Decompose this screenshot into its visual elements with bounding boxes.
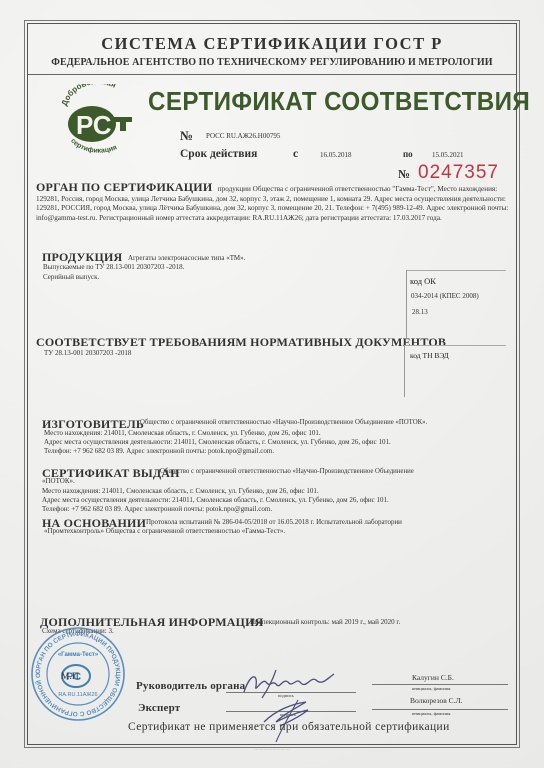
manufacturer-name: Общество с ограниченной ответственностью… bbox=[140, 419, 427, 426]
basis-protocol: Протокола испытаний № 286-04-05/2018 от … bbox=[146, 518, 402, 526]
expert-name-caption: инициалы, фамилия bbox=[412, 711, 451, 716]
tnved-box-left bbox=[404, 345, 405, 397]
number-label: № bbox=[180, 128, 193, 144]
rst-voluntary-certification-logo-icon: Добровольная РС сертификация bbox=[56, 84, 140, 158]
manufacturer-contacts: Телефон: +7 962 682 03 89. Адрес электро… bbox=[44, 447, 274, 455]
svg-text:РС: РС bbox=[76, 110, 112, 140]
head-name-line bbox=[372, 684, 508, 685]
issued-to-location: Место нахождения: 214011, Смоленская обл… bbox=[42, 487, 319, 495]
svg-text:Добровольная: Добровольная bbox=[60, 84, 118, 107]
expert-name-line bbox=[372, 709, 508, 710]
voluntary-disclaimer: Сертификат не применяется при обязательн… bbox=[128, 721, 450, 733]
stamp-place-label: М.П. bbox=[61, 672, 81, 682]
issued-to-name: Общество с ограниченной ответственностью… bbox=[160, 468, 414, 475]
certification-body-heading: ОРГАН ПО СЕРТИФИКАЦИИ bbox=[36, 180, 212, 194]
ok-classifier: 034-2014 (КПЕС 2008) bbox=[411, 292, 479, 300]
document-title: СЕРТИФИКАТ СООТВЕТСТВИЯ bbox=[148, 86, 530, 117]
certification-body-section: ОРГАН ПО СЕРТИФИКАЦИИ продукции Общества… bbox=[36, 183, 512, 223]
header-divider bbox=[28, 74, 516, 75]
conformity-document: ТУ 28.13-001 20307203 -2018 bbox=[44, 349, 131, 357]
head-name-caption: инициалы, фамилия bbox=[412, 686, 451, 691]
head-name: Калугин С.Б. bbox=[412, 673, 454, 682]
basis-laboratory: «Промтехконтроль» Общества с ограниченно… bbox=[44, 527, 285, 535]
ok-code-box-top bbox=[406, 270, 506, 271]
system-title: СИСТЕМА СЕРТИФИКАЦИИ ГОСТ Р bbox=[0, 34, 544, 54]
validity-to-label: по bbox=[403, 149, 413, 159]
certificate-number: РОСС RU.АЖ26.Н00795 bbox=[206, 132, 280, 140]
print-imprint: — — — — — — — — bbox=[0, 747, 544, 751]
products-name: Агрегаты электронасосные типа «ТМ». bbox=[128, 254, 245, 262]
svg-text:«Гамма-Тест»: «Гамма-Тест» bbox=[58, 652, 99, 658]
inspection-control: Инспекционный контроль: май 2019 г., май… bbox=[250, 618, 400, 626]
form-number-label: № bbox=[398, 167, 410, 182]
tnved-label: код ТН ВЭД bbox=[410, 351, 449, 360]
agency-title: ФЕДЕРАЛЬНОЕ АГЕНТСТВО ПО ТЕХНИЧЕСКОМУ РЕ… bbox=[0, 57, 544, 68]
ok-code-value: 28.13 bbox=[412, 308, 428, 316]
conformity-heading: СООТВЕТСТВУЕТ ТРЕБОВАНИЯМ НОРМАТИВНЫХ ДО… bbox=[36, 335, 446, 350]
products-production-type: Серийный выпуск. bbox=[43, 273, 99, 281]
validity-from-label: с bbox=[293, 148, 298, 160]
form-number: 0247357 bbox=[418, 162, 499, 184]
manufacturer-activity-address: Адрес места осуществления деятельности: … bbox=[44, 438, 391, 446]
validity-to-date: 15.05.2021 bbox=[432, 151, 464, 159]
issued-to-name-cont: «ПОТОК». bbox=[42, 477, 75, 485]
validity-label: Срок действия bbox=[180, 148, 257, 160]
ok-code-label: код ОК bbox=[410, 276, 436, 286]
manufacturer-location: Место нахождения: 214011, Смоленская обл… bbox=[44, 429, 321, 437]
products-spec: Выпускаемые по ТУ 28.13-001 20307203 -20… bbox=[43, 263, 184, 271]
issued-to-activity-address: Адрес места осуществления деятельности: … bbox=[42, 496, 389, 504]
svg-text:RA.RU.11АЖ26: RA.RU.11АЖ26 bbox=[58, 692, 97, 698]
validity-from-date: 16.05.2018 bbox=[320, 151, 352, 159]
issued-to-contacts: Телефон: +7 962 682 03 89. Адрес электро… bbox=[42, 505, 272, 513]
expert-name: Волкорезов С.Л. bbox=[410, 696, 463, 705]
expert-label: Эксперт bbox=[138, 702, 180, 714]
tnved-box-top bbox=[404, 345, 506, 346]
head-of-body-label: Руководитель органа bbox=[136, 680, 245, 692]
ok-code-box-left bbox=[406, 270, 407, 338]
certificate-page: СИСТЕМА СЕРТИФИКАЦИИ ГОСТ Р ФЕДЕРАЛЬНОЕ … bbox=[0, 0, 544, 768]
